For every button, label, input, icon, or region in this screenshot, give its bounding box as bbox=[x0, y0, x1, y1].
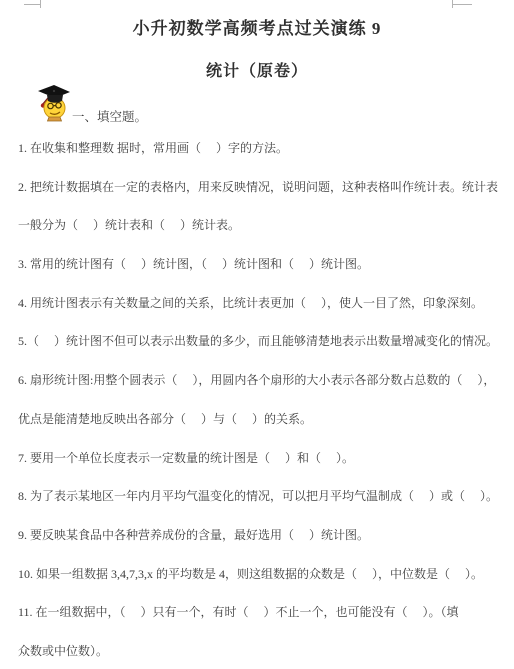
question-line: 5.（ ）统计图不但可以表示出数量的多少，而且能够清楚地表示出数量增减变化的情况… bbox=[18, 322, 512, 361]
question-list: 1. 在收集和整理数 据时，常用画（ ）字的方法。 2. 把统计数据填在一定的表… bbox=[18, 129, 512, 669]
question-line: 一般分为（ ）统计表和（ ）统计表。 bbox=[18, 206, 512, 245]
question-line: 2. 把统计数据填在一定的表格内，用来反映情况，说明问题，这种表格叫作统计表。统… bbox=[18, 168, 512, 207]
question-line: 1. 在收集和整理数 据时，常用画（ ）字的方法。 bbox=[18, 129, 512, 168]
question-line: 11. 在一组数据中，（ ）只有一个，有时（ ）不止一个，也可能没有（ ）。（填 bbox=[18, 593, 512, 632]
question-line: 3. 常用的统计图有（ ）统计图，（ ）统计图和（ ）统计图。 bbox=[18, 245, 512, 284]
question-line: 10. 如果一组数据 3,4,7,3,x 的平均数是 4，则这组数据的众数是（ … bbox=[18, 555, 512, 594]
page-subtitle: 统计（原卷） bbox=[0, 58, 514, 81]
document-page: 小升初数学高频考点过关演练 9 统计（原卷） 一、填空题。 1. 在收集和整理数… bbox=[0, 0, 514, 669]
section-heading: 一、填空题。 bbox=[72, 107, 147, 125]
graduate-smiley-icon bbox=[33, 84, 75, 122]
question-line: 8. 为了表示某地区一年内月平均气温变化的情况，可以把月平均气温制成（ ）或（ … bbox=[18, 477, 512, 516]
margin-crop-mark-left bbox=[24, 4, 41, 5]
margin-crop-mark-left-tick bbox=[40, 0, 41, 8]
question-line: 9. 要反映某食品中各种营养成份的含量，最好选用（ ）统计图。 bbox=[18, 516, 512, 555]
question-line: 6. 扇形统计图:用整个圆表示（ ），用圆内各个扇形的大小表示各部分数占总数的（… bbox=[18, 361, 512, 400]
question-line: 7. 要用一个单位长度表示一定数量的统计图是（ ）和（ ）。 bbox=[18, 439, 512, 478]
question-line: 4. 用统计图表示有关数量之间的关系，比统计表更加（ ），使人一目了然，印象深刻… bbox=[18, 284, 512, 323]
margin-crop-mark-right bbox=[452, 4, 472, 5]
question-line: 众数或中位数）。 bbox=[18, 632, 512, 669]
question-line: 优点是能清楚地反映出各部分（ ）与（ ）的关系。 bbox=[18, 400, 512, 439]
margin-crop-mark-right-tick bbox=[452, 0, 453, 8]
page-title: 小升初数学高频考点过关演练 9 bbox=[0, 14, 514, 39]
